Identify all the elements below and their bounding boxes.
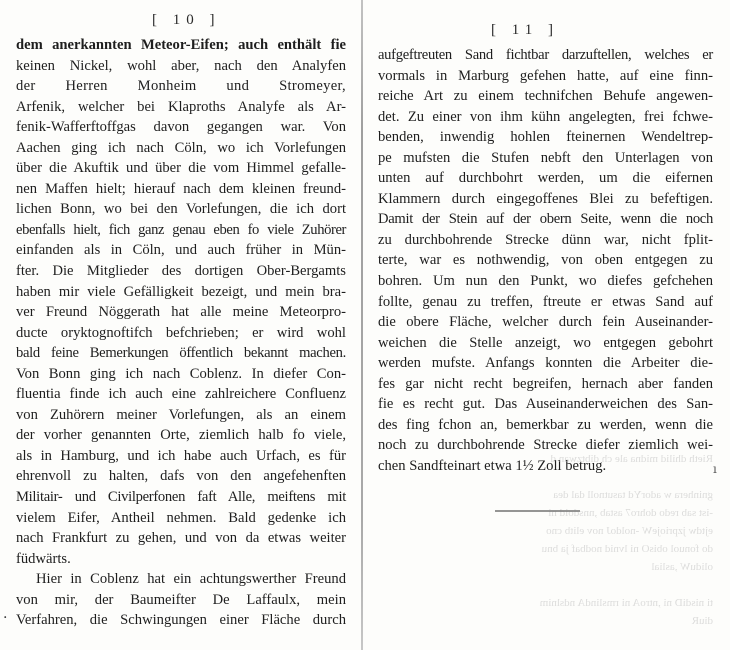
bleed-line: -ist sab redo dohro7 astab ,nnsdoid ni	[393, 504, 713, 522]
page-number: [ 11 ]	[491, 22, 559, 39]
text-line: nen Maffen hielt; hierauf nach dem klein…	[16, 179, 346, 200]
text-line: bald feine Bemerkungen öffentlich bekann…	[16, 343, 346, 364]
text-line: fes gar nicht recht begreifen, hernach a…	[378, 374, 713, 395]
text-line: ducte oryktognoftifch befchrieben; er wi…	[16, 323, 346, 344]
text-line: fluentia finde ich auch eine zahlreicher…	[16, 384, 346, 405]
text-line: ver Freund Nöggerath hat alle meine Mete…	[16, 302, 346, 323]
left-page: [ 10 ] dem anerkannten Meteor-Eifen; auc…	[0, 0, 362, 650]
bleed-line: gninhera w adorYd tasutnoll dal dea	[393, 486, 713, 504]
text-line: pe mufsten die Stufen nebft den Unterlag…	[378, 148, 713, 169]
bleed-line: ejtdw jzpriojeW -noldoJ nov elitb cno	[393, 522, 713, 540]
text-line: der Herren Monheim und Stromeyer,	[16, 76, 346, 97]
text-line: benden, inwendig hohlen fteinernen Wende…	[378, 127, 713, 148]
right-page: [ 11 ] aufgeftreuten Sand fichtbar darzu…	[363, 0, 730, 650]
text-line: weichen die Stelle anzeigt, wo entgegen …	[378, 333, 713, 354]
text-line: reiche Art zu einem technifchen Behufe a…	[378, 86, 713, 107]
text-line: Von Bonn ging ich nach Coblenz. In diefe…	[16, 364, 346, 385]
text-line: ebenfalls hielt, fich ganz genau eben fo…	[16, 220, 346, 241]
text-line: vormals in Marburg gefehen hatte, auf ei…	[378, 66, 713, 87]
bleed-line: do fonuol obisO ni lvnid nodbaf ja bnu	[393, 540, 713, 558]
text-line: det. Zu einer von ihm kühn angelegten, f…	[378, 107, 713, 128]
text-line: Militair- und Civilperfonen faft Alle, m…	[16, 487, 346, 508]
text-line: als in Hamburg, und ich habe auch Urfach…	[16, 446, 346, 467]
text-line: über die Akuftik und über die vom Himmel…	[16, 158, 346, 179]
text-line: der vorher genannten Orte, ziemlich halb…	[16, 425, 346, 446]
text-line: Klammern durch eingegoffenes Blei zu bef…	[378, 189, 713, 210]
bleed-line	[393, 576, 713, 594]
bleed-through-rule	[495, 510, 580, 512]
bleed-line: ti nisdiD ni ,ntroA ni rmslindA ndslnim	[393, 594, 713, 612]
text-line: Damit der Stein auf der obern Seite, wen…	[378, 209, 713, 230]
bleed-line: oliduW ,aslial	[393, 558, 713, 576]
text-line: keinen Nickel, wohl aber, nach den Analy…	[16, 56, 346, 77]
text-line: Hier in Coblenz hat ein achtungswerther …	[16, 569, 346, 590]
bleed-line	[393, 468, 713, 486]
text-line: füdwärts.	[16, 549, 346, 570]
text-line: dem anerkannten Meteor-Eifen; auch enthä…	[16, 35, 346, 56]
text-line: vielem Eifer, Antheil nehmen. Bald geden…	[16, 508, 346, 529]
text-line: Verfahren, die Schwingungen einer Fläche…	[16, 610, 346, 631]
page-text: aufgeftreuten Sand fichtbar darzuftellen…	[378, 45, 713, 476]
text-line: fenik-Wafferftoffgas davon gegangen war.…	[16, 117, 346, 138]
text-line: lichen Bonn, wo bei den Vorlefungen, die…	[16, 199, 346, 220]
book-spread: [ 10 ] dem anerkannten Meteor-Eifen; auc…	[0, 0, 730, 650]
text-line: werden mufste. Anfangs konnten die Arbei…	[378, 353, 713, 374]
margin-dot: .	[3, 606, 7, 622]
text-line: fie es recht gut. Das Auseinanderweichen…	[378, 394, 713, 415]
text-line: terte, war es nothwendig, von oben entge…	[378, 250, 713, 271]
margin-mark: ı	[713, 462, 717, 476]
text-line: unten auf durchbohrt werden, um die eife…	[378, 168, 713, 189]
text-line: einfanden als in Cöln, und auch früher i…	[16, 240, 346, 261]
text-line: von Zuhörern meiner Vorlefungen, als an …	[16, 405, 346, 426]
text-line: die obere Fläche, welcher durch fein Aus…	[378, 312, 713, 333]
page-text: dem anerkannten Meteor-Eifen; auch enthä…	[16, 35, 346, 631]
text-line: haben mir viele Gefälligkeit bezeigt, un…	[16, 282, 346, 303]
text-line: bohren. Um nun den Punkt, wo diefes gefc…	[378, 271, 713, 292]
text-line: follte, genau zu treffen, ftreute er etw…	[378, 292, 713, 313]
bleed-through-text: Rieth dhilid midna ale ch dibtzwan d gni…	[393, 450, 713, 630]
text-line: von mir, der Baumeifter De Laffaulx, mei…	[16, 590, 346, 611]
text-line: aufgeftreuten Sand fichtbar darzuftellen…	[378, 45, 713, 66]
bleed-line: Rieth dhilid midna ale ch dibtzwan d	[393, 450, 713, 468]
text-line: des fing fchon an, bemerkbar zu werden, …	[378, 415, 713, 436]
text-line: ehrenvoll zu halten, dafs von den angefe…	[16, 466, 346, 487]
bleed-line: diuR	[393, 612, 713, 630]
text-line: fter. Die Mitglieder des dortigen Ober-B…	[16, 261, 346, 282]
text-line: Arfenik, welcher bei Klaproths Analyfe a…	[16, 97, 346, 118]
text-line: nach Frankfurt zu gehen, und von da etwa…	[16, 528, 346, 549]
page-number: [ 10 ]	[152, 12, 221, 29]
text-line: Aachen ging ich nach Cöln, wo ich Vorlef…	[16, 138, 346, 159]
text-line: zu durchbohrende Strecke dünn war, nicht…	[378, 230, 713, 251]
